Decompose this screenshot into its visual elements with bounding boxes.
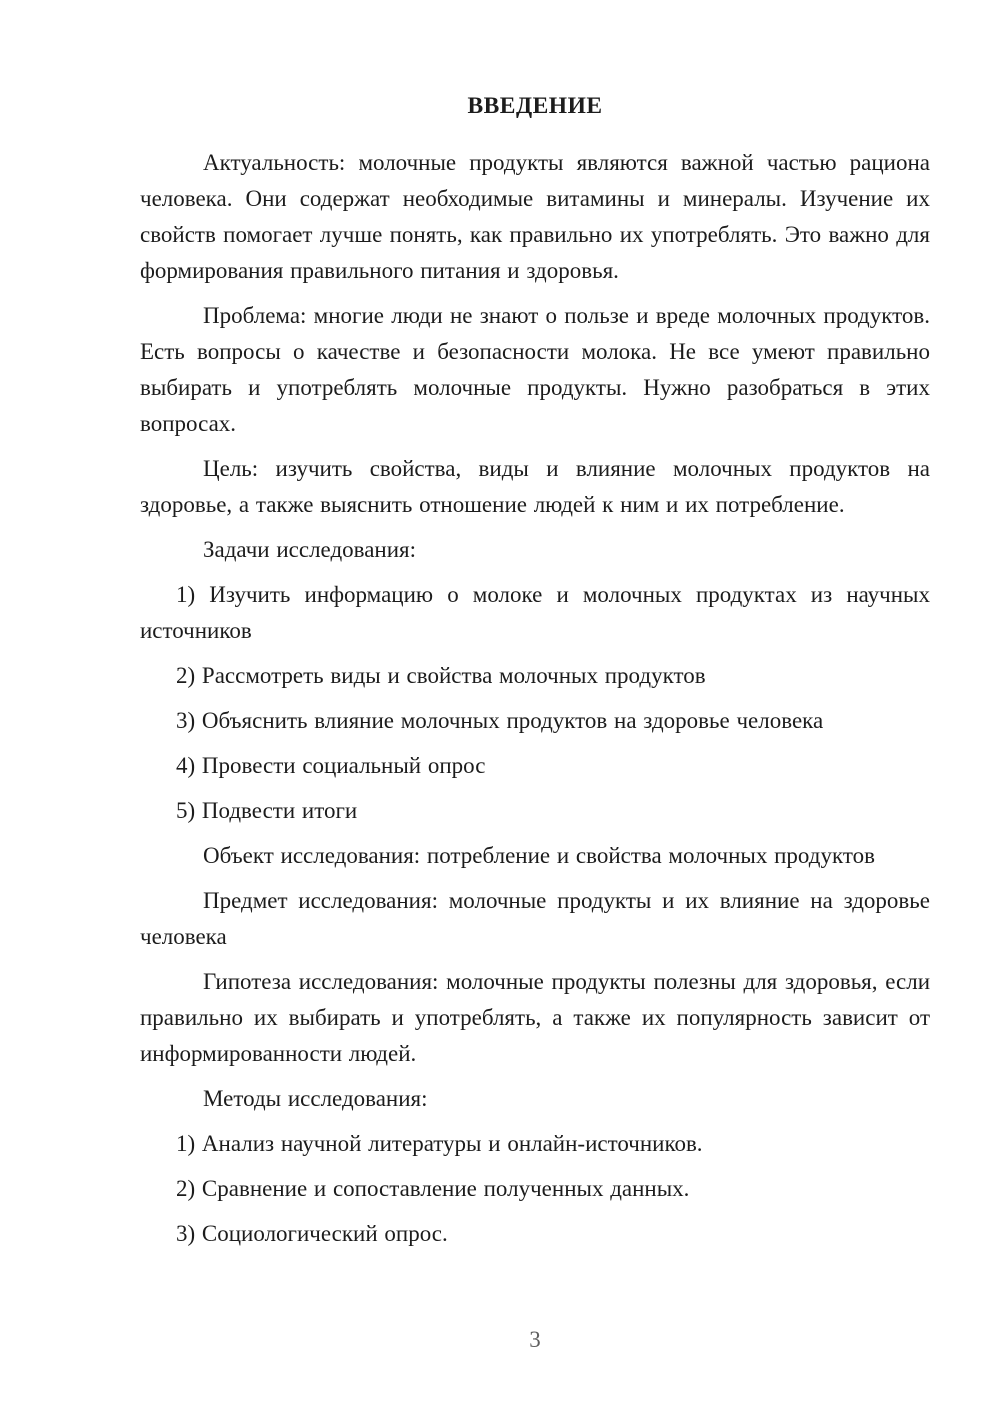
paragraph-hypothesis: Гипотеза исследования: молочные продукты… (140, 964, 930, 1072)
page-number: 3 (140, 1322, 930, 1358)
page-title: ВВЕДЕНИЕ (140, 88, 930, 124)
paragraph-research-subject: Предмет исследования: молочные продукты … (140, 883, 930, 955)
paragraph-research-object: Объект исследования: потребление и свойс… (140, 838, 930, 874)
paragraph-methods-heading: Методы исследования: (140, 1081, 930, 1117)
document-page: ВВЕДЕНИЕ Актуальность: молочные продукты… (0, 0, 1000, 1414)
paragraph-relevance: Актуальность: молочные продукты являются… (140, 145, 930, 289)
task-item-2: 2) Рассмотреть виды и свойства молочных … (140, 658, 930, 694)
task-item-3: 3) Объяснить влияние молочных продуктов … (140, 703, 930, 739)
task-item-1: 1) Изучить информацию о молоке и молочны… (140, 577, 930, 649)
paragraph-tasks-heading: Задачи исследования: (140, 532, 930, 568)
paragraph-goal: Цель: изучить свойства, виды и влияние м… (140, 451, 930, 523)
paragraph-problem: Проблема: многие люди не знают о пользе … (140, 298, 930, 442)
method-item-3: 3) Социологический опрос. (140, 1216, 930, 1252)
method-item-2: 2) Сравнение и сопоставление полученных … (140, 1171, 930, 1207)
task-item-5: 5) Подвести итоги (140, 793, 930, 829)
method-item-1: 1) Анализ научной литературы и онлайн-ис… (140, 1126, 930, 1162)
task-item-4: 4) Провести социальный опрос (140, 748, 930, 784)
